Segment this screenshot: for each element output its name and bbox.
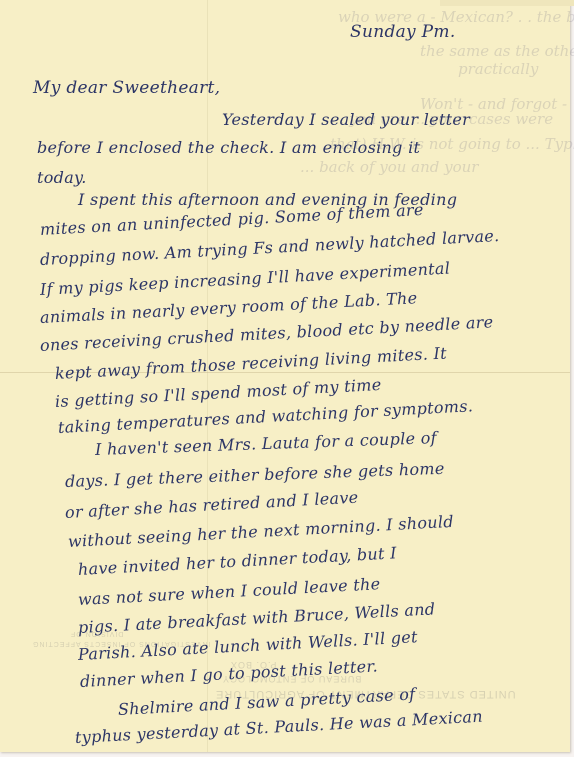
bleed-through-text: ... back of you and your	[300, 158, 478, 176]
bleed-through-text: the same as the other cases in	[420, 42, 574, 60]
dateline: Sunday Pm.	[350, 22, 456, 42]
salutation: My dear Sweetheart,	[33, 78, 220, 98]
letter-line: Yesterday I sealed your letter	[222, 110, 470, 129]
letter-line: have invited her to dinner today, but I	[78, 543, 398, 579]
letter-line: I haven't seen Mrs. Lauta for a couple o…	[95, 428, 438, 459]
letter-line: today.	[37, 168, 87, 187]
letter-line: or after she has retired and I leave	[65, 488, 359, 522]
paper-edge	[440, 0, 574, 6]
letter-page: who were a - Mexican? . . the bleeding i…	[0, 0, 570, 752]
letter-line: days. I get there either before she gets…	[65, 459, 445, 491]
bleed-through-text: practically	[458, 60, 538, 78]
letter-line: before I enclosed the check. I am enclos…	[37, 138, 420, 157]
